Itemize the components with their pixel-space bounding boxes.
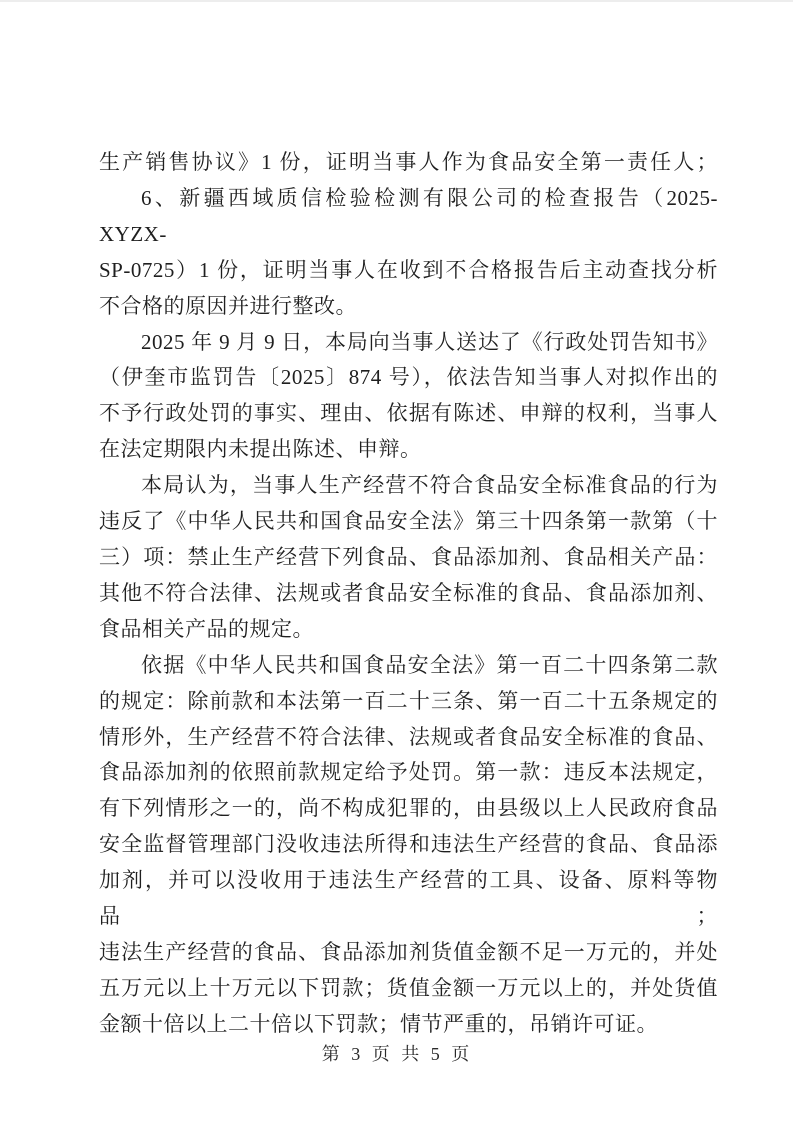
text-line: 依据《中华人民共和国食品安全法》第一百二十四条第二款 (99, 648, 718, 684)
text-line: 安全监督管理部门没收违法所得和违法生产经营的食品、食品添 (99, 827, 718, 863)
text-line: 不予行政处罚的事实、理由、依据有陈述、申辩的权利，当事人 (99, 396, 718, 432)
text-line: 三）项：禁止生产经营下列食品、食品添加剂、食品相关产品： (99, 540, 718, 576)
document-body: 生产销售协议》1 份，证明当事人作为食品安全第一责任人；6、新疆西域质信检验检测… (99, 145, 718, 1043)
text-line: 情形外，生产经营不符合法律、法规或者食品安全标准的食品、 (99, 720, 718, 756)
text-line: 食品添加剂的依照前款规定给予处罚。第一款：违反本法规定， (99, 755, 718, 791)
text-line: 6、新疆西域质信检验检测有限公司的检查报告（2025-XYZX- (99, 181, 718, 253)
text-line: 金额十倍以上二十倍以下罚款；情节严重的，吊销许可证。 (99, 1007, 718, 1043)
text-line: 违反了《中华人民共和国食品安全法》第三十四条第一款第（十 (99, 504, 718, 540)
text-line: SP-0725）1 份，证明当事人在收到不合格报告后主动查找分析 (99, 253, 718, 289)
text-line: 有下列情形之一的，尚不构成犯罪的，由县级以上人民政府食品 (99, 791, 718, 827)
text-line: 本局认为，当事人生产经营不符合食品安全标准食品的行为 (99, 468, 718, 504)
text-line: 其他不符合法律、法规或者食品安全标准的食品、食品添加剂、 (99, 576, 718, 612)
document-page: 生产销售协议》1 份，证明当事人作为食品安全第一责任人；6、新疆西域质信检验检测… (0, 0, 793, 1122)
text-line: 食品相关产品的规定。 (99, 612, 718, 648)
page-number-text: 第 3 页 共 5 页 (322, 1044, 472, 1064)
text-line: 在法定期限内未提出陈述、申辩。 (99, 432, 718, 468)
text-line: 2025 年 9 月 9 日，本局向当事人送达了《行政处罚告知书》 (99, 325, 718, 361)
text-line: 不合格的原因并进行整改。 (99, 289, 718, 325)
text-line: 加剂，并可以没收用于违法生产经营的工具、设备、原料等物品； (99, 863, 718, 935)
page-footer: 第 3 页 共 5 页 (0, 1040, 793, 1066)
text-line: 生产销售协议》1 份，证明当事人作为食品安全第一责任人； (99, 145, 718, 181)
text-line: 违法生产经营的食品、食品添加剂货值金额不足一万元的，并处 (99, 935, 718, 971)
text-line: （伊奎市监罚告〔2025〕874 号），依法告知当事人对拟作出的 (99, 360, 718, 396)
text-line: 五万元以上十万元以下罚款；货值金额一万元以上的，并处货值 (99, 971, 718, 1007)
text-line: 的规定：除前款和本法第一百二十三条、第一百二十五条规定的 (99, 684, 718, 720)
